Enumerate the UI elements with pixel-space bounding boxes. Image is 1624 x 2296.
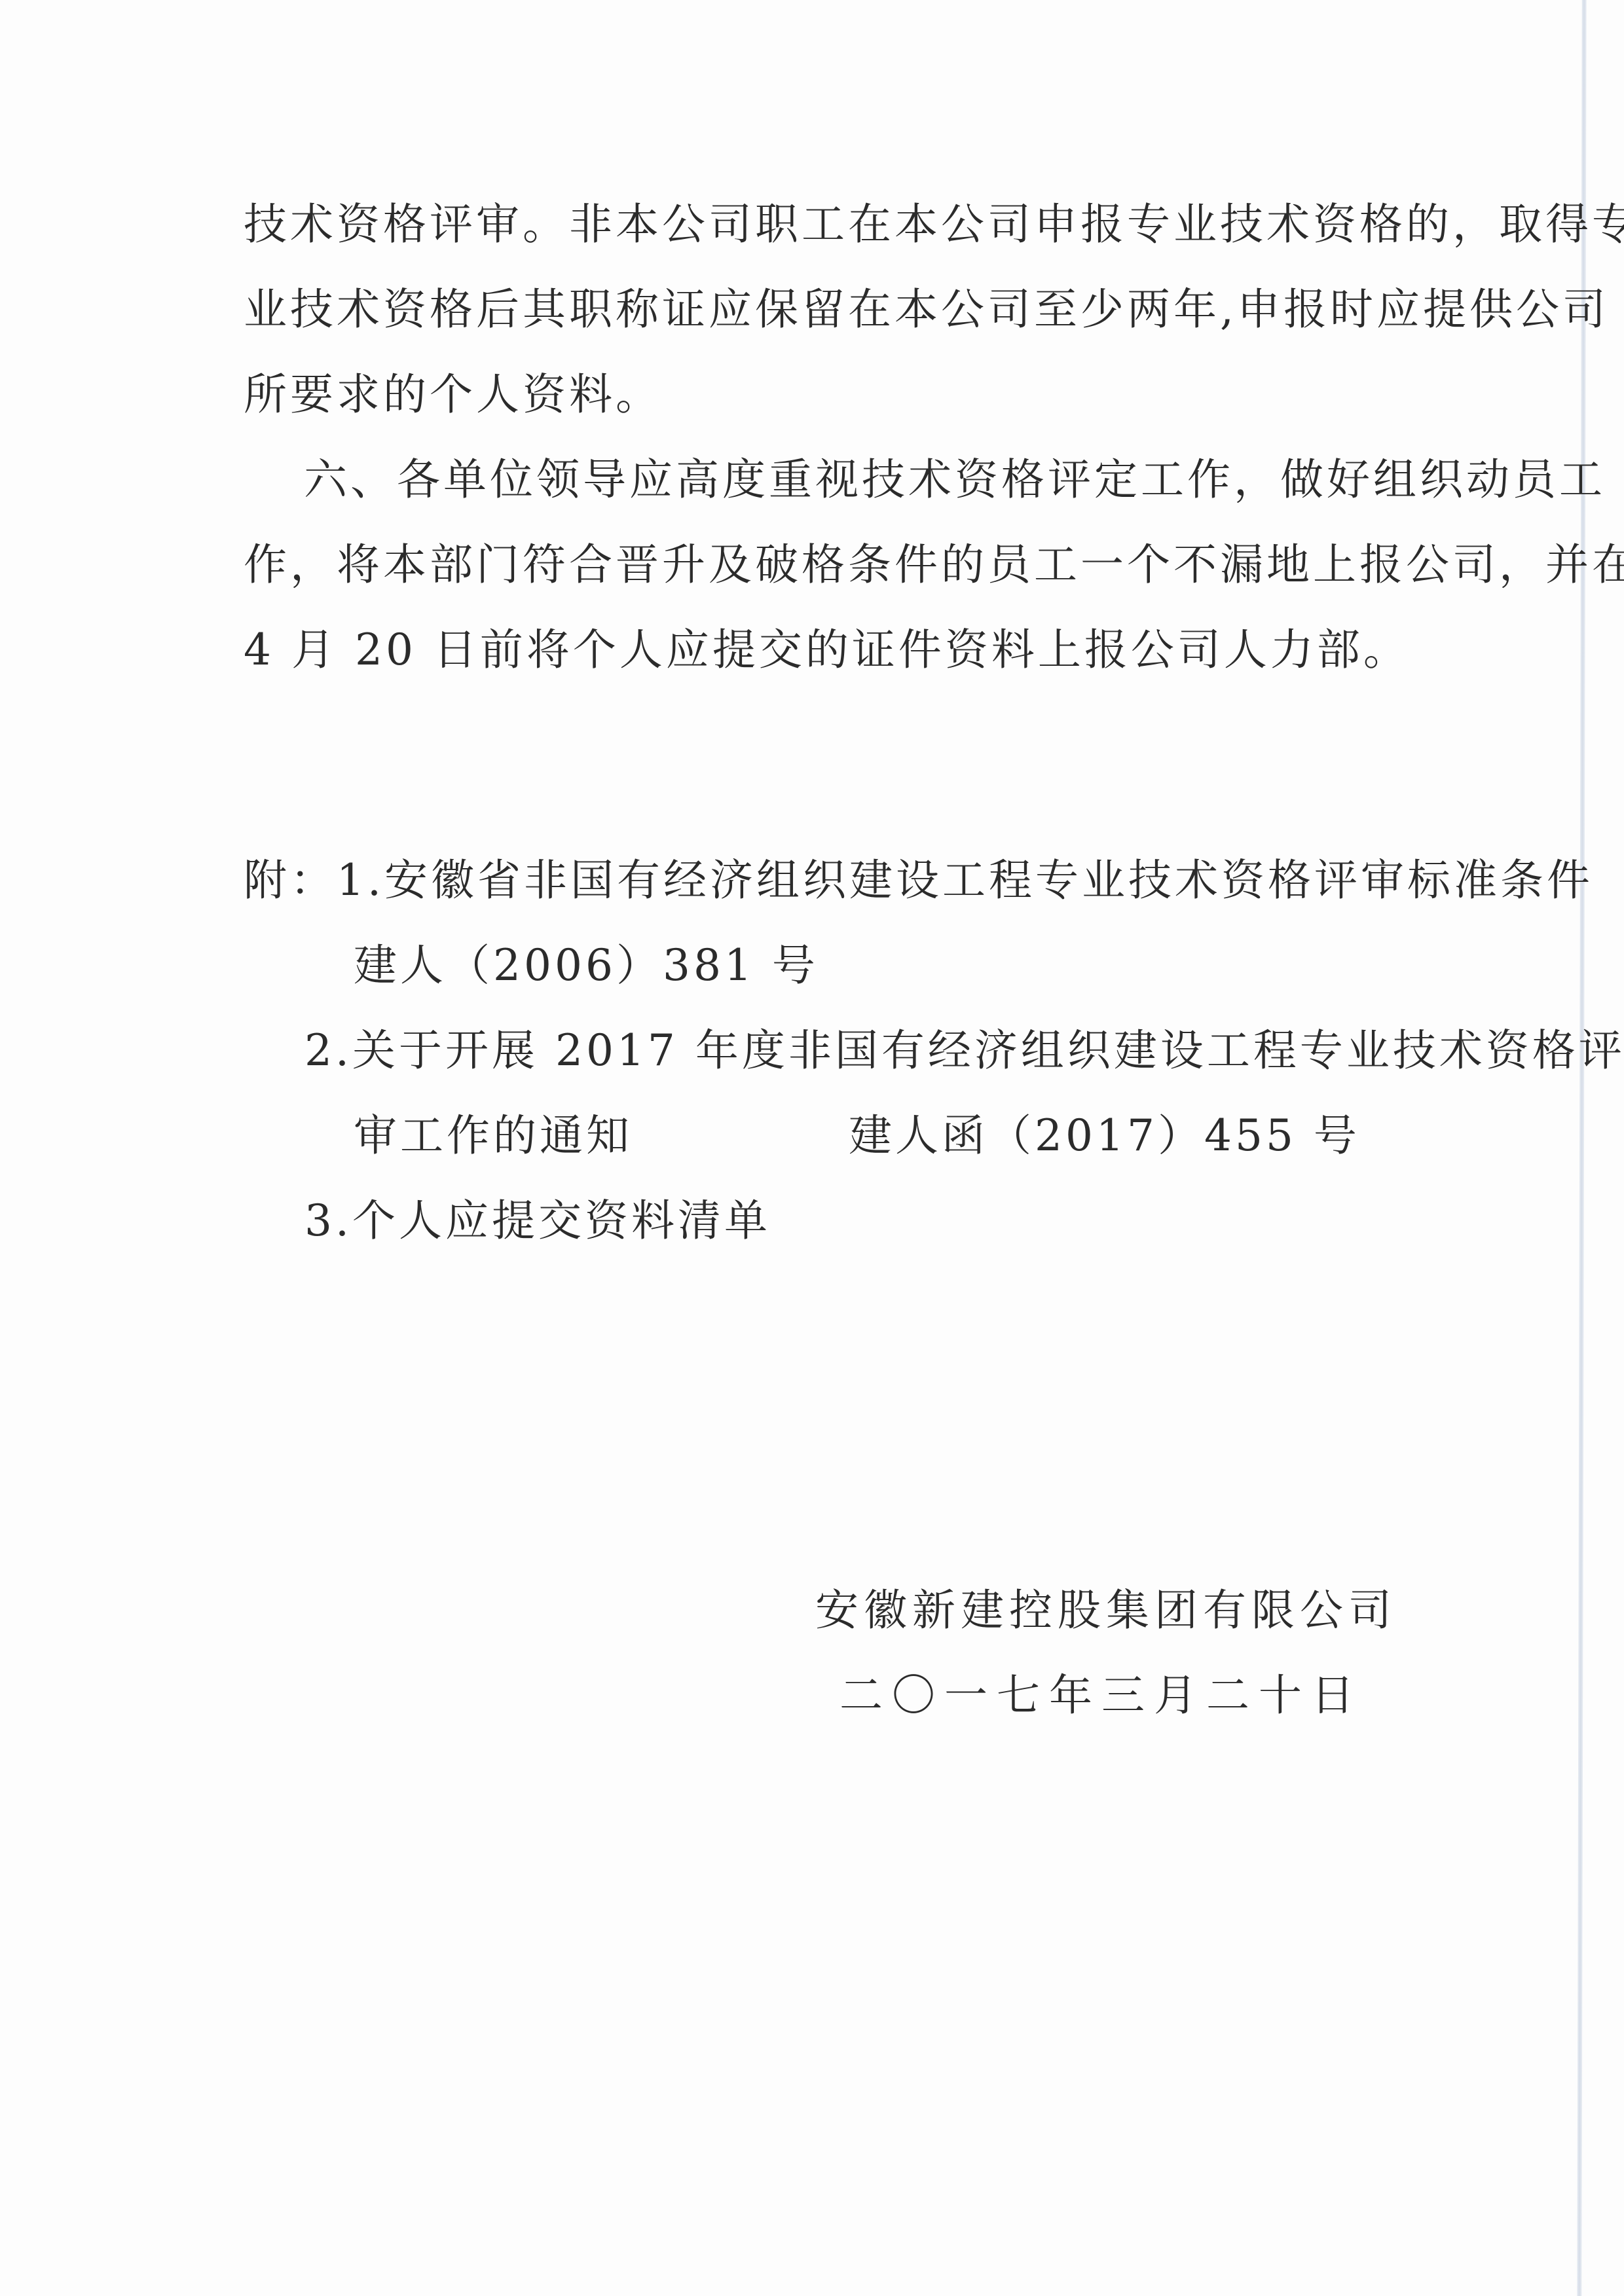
section-six-line-1: 六、各单位领导应高度重视技术资格评定工作，做好组织动员工 xyxy=(304,454,1606,506)
paragraph-continued-line-2: 业技术资格后其职称证应保留在本公司至少两年,申报时应提供公司 xyxy=(244,283,1609,336)
attachment-number-1: 1. xyxy=(337,855,384,905)
attachment-item-3: 3.个人应提交资料清单 xyxy=(304,1195,771,1247)
attachment-item-2: 2.关于开展 2017 年度非国有经济组织建设工程专业技术资格评 xyxy=(304,1025,1624,1077)
attachment-doc-number-2: 建人函（2017）455 号 xyxy=(849,1110,1360,1161)
attachment-item-1: 附：1.安徽省非国有经济组织建设工程专业技术资格评审标准条件 xyxy=(244,854,1593,907)
attachment-doc-number-1: 建人（2006）381 号 xyxy=(354,939,819,992)
section-six-line-3: 4 月 20 日前将个人应提交的证件资料上报公司人力部。 xyxy=(244,624,1410,676)
attachment-title-2-line-1: 关于开展 2017 年度非国有经济组织建设工程专业技术资格评 xyxy=(352,1025,1624,1076)
attachment-title-1: 安徽省非国有经济组织建设工程专业技术资格评审标准条件 xyxy=(384,855,1593,905)
attachment-title-3: 个人应提交资料清单 xyxy=(352,1195,771,1246)
attachments-prefix: 附： xyxy=(244,855,337,905)
document-page: 技术资格评审。非本公司职工在本公司申报专业技术资格的，取得专 业技术资格后其职称… xyxy=(0,0,1624,2296)
scan-edge-line xyxy=(1577,0,1586,2296)
signature-date: 二〇一七年三月二十日 xyxy=(840,1669,1363,1722)
attachment-number-2: 2. xyxy=(304,1025,352,1076)
section-six-line-2: 作，将本部门符合晋升及破格条件的员工一个不漏地上报公司，并在 xyxy=(244,539,1624,591)
attachment-number-3: 3. xyxy=(304,1195,352,1246)
signature-company: 安徽新建控股集团有限公司 xyxy=(815,1584,1397,1637)
paragraph-continued-line-3: 所要求的个人资料。 xyxy=(244,369,662,421)
attachment-item-2-continued: 审工作的通知建人函（2017）455 号 xyxy=(354,1110,1360,1162)
attachment-title-2-line-2: 审工作的通知 xyxy=(354,1110,633,1161)
paragraph-continued-line-1: 技术资格评审。非本公司职工在本公司申报专业技术资格的，取得专 xyxy=(244,198,1624,251)
